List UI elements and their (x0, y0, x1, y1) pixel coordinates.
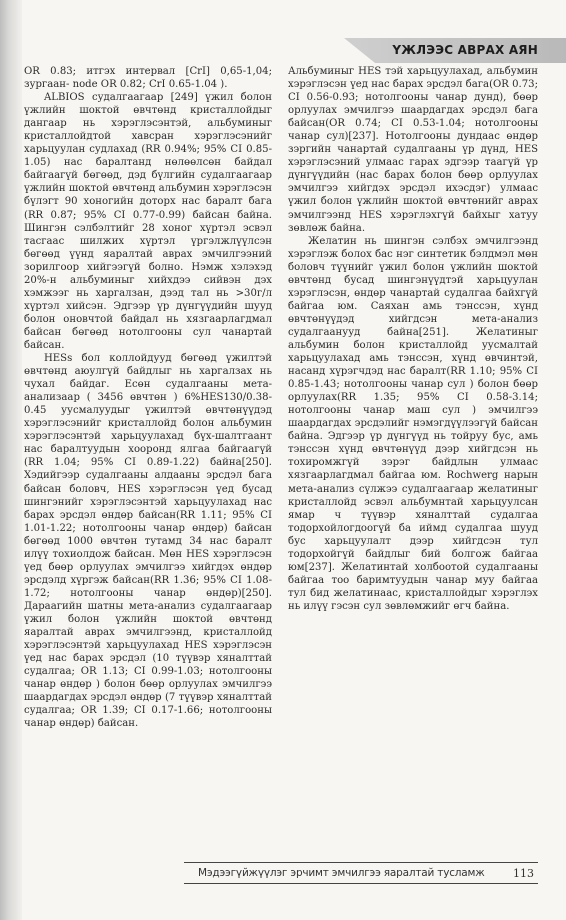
right-text-column: Альбуминыг HES тэй харьцуулахад, альбуми… (288, 65, 538, 613)
paragraph: HESs бол коллойдууд бөгөөд үжилтэй өвчтө… (24, 352, 272, 730)
paragraph: Альбуминыг HES тэй харьцуулахад, альбуми… (288, 65, 538, 235)
page-footer: Мэдээгүйжүүлэг эрчимт эмчилгээ яаралтай … (184, 862, 538, 884)
left-text-column: OR 0.83; итгэх интервал [CrI] 0,65-1,04;… (24, 65, 272, 730)
book-spine-shadow (0, 0, 22, 920)
paragraph: ALBIOS судалгаагаар [249] үжил болон үжл… (24, 91, 272, 352)
page-number: 113 (513, 867, 538, 880)
running-title: Мэдээгүйжүүлэг эрчимт эмчилгээ яаралтай … (184, 867, 485, 879)
section-title: ҮЖЛЭЭС АВРАХ АЯН (392, 43, 538, 57)
paragraph: OR 0.83; итгэх интервал [CrI] 0,65-1,04;… (24, 65, 272, 91)
paragraph: Желатин нь шингэн сэлбэх эмчилгээнд хэрэ… (288, 235, 538, 613)
